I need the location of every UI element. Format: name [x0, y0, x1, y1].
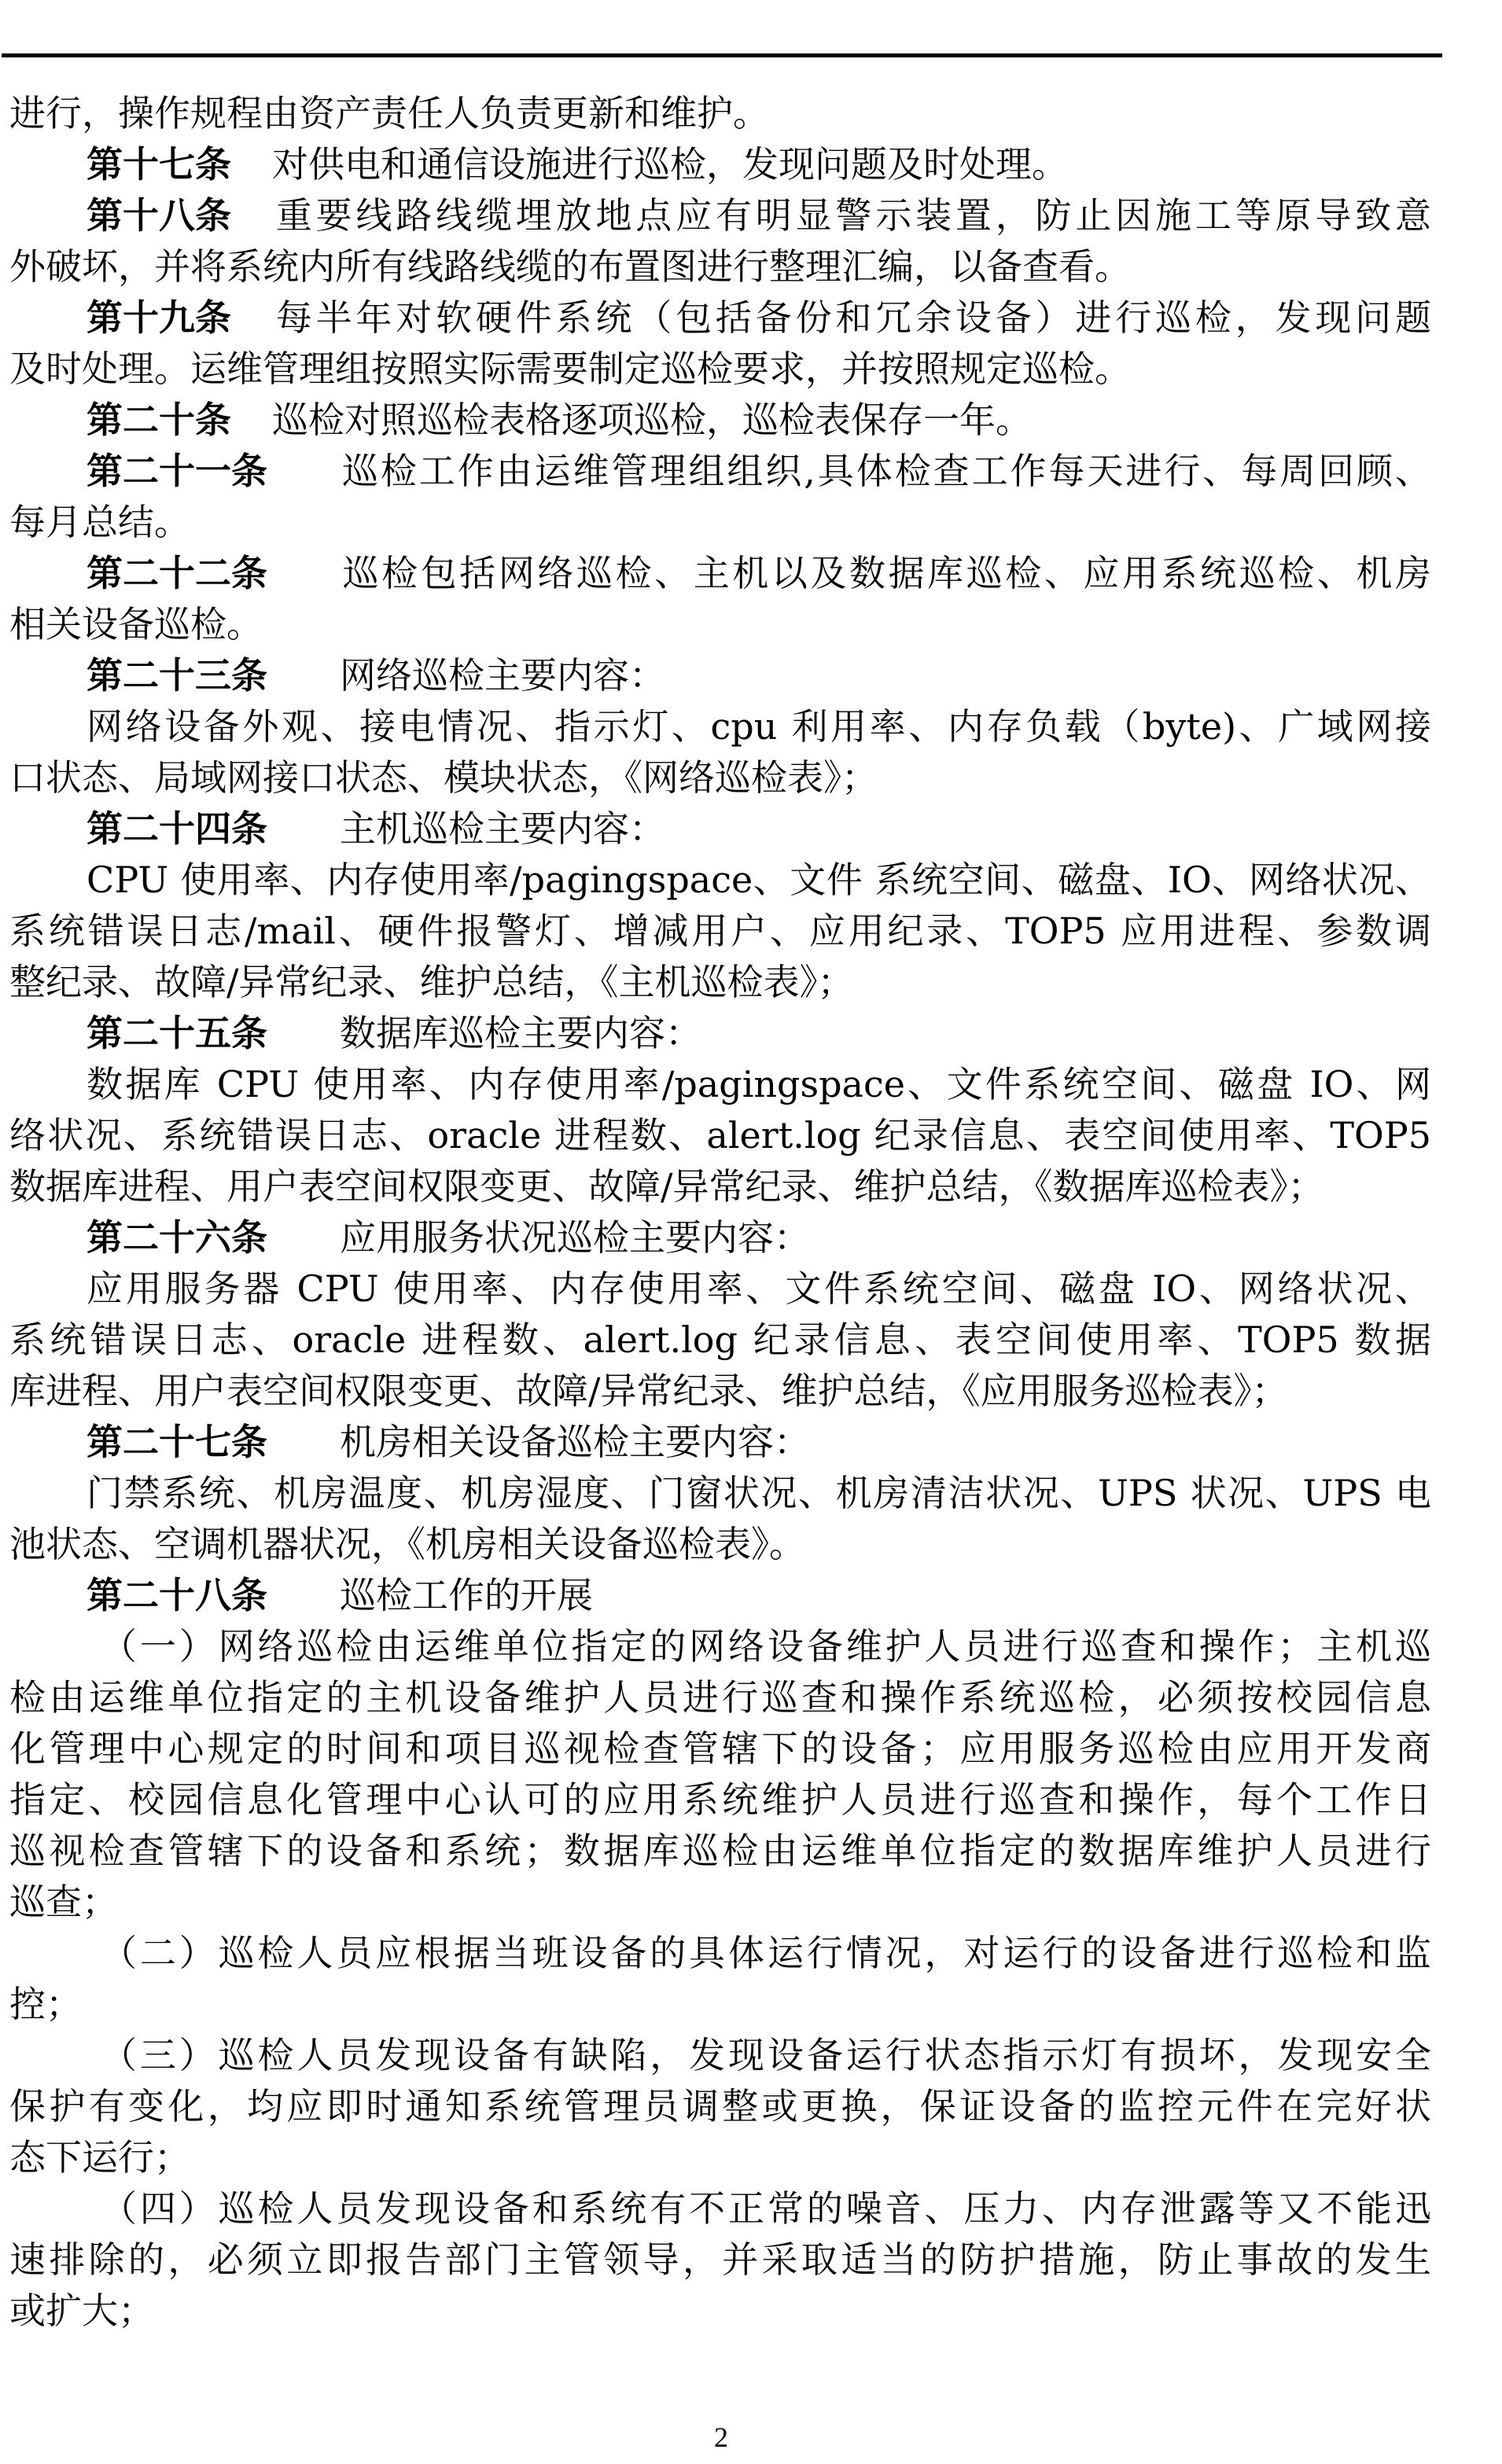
text-line: 应用服务器 CPU 使用率、内存使用率、文件系统空间、磁盘 IO、网络状况、: [87, 1263, 1431, 1315]
clause-2: （二）巡检人员应根据当班设备的具体运行情况，对运行的设备进行巡检和监: [101, 1928, 1431, 1979]
article-text: 巡检包括网络巡检、主机以及数据库巡检、应用系统巡检、机房: [340, 552, 1431, 594]
line-text: 相关设备巡检。: [9, 603, 263, 645]
line-text: 化管理中心规定的时间和项目巡视检查管辖下的设备；应用服务巡检由应用开发商: [9, 1727, 1431, 1770]
text-line: 控；: [9, 1979, 1431, 2030]
article-text: 重要线路线缆埋放地点应有明显警示装置，防止因施工等原导致意: [272, 194, 1431, 237]
line-text: 应用服务器 CPU 使用率、内存使用率、文件系统空间、磁盘 IO、网络状况、: [87, 1267, 1431, 1310]
line-text: 网络设备外观、接电情况、指示灯、cpu 利用率、内存负载（byte)、广域网接: [87, 705, 1431, 748]
article-text: 对供电和通信设施进行巡检，发现问题及时处理。: [272, 143, 1068, 186]
article-text: 数据库巡检主要内容：: [340, 1012, 701, 1054]
article-text: 巡检对照巡检表格逐项巡检，巡检表保存一年。: [272, 399, 1032, 441]
line-text: 外破坏，并将系统内所有线路线缆的布置图进行整理汇编，以备查看。: [9, 245, 1131, 288]
line-text: 巡查；: [9, 1881, 118, 1923]
line-text: 整纪录、故障/异常纪录、维护总结，《主机巡检表》；: [9, 961, 854, 1003]
article-text: 主机巡检主要内容：: [340, 807, 665, 850]
clause-3: （三）巡检人员发现设备有缺陷，发现设备运行状态指示灯有损坏，发现安全: [101, 2030, 1431, 2081]
article-23: 第二十三条网络巡检主要内容：: [87, 650, 1431, 701]
clause-1: （一）网络巡检由运维单位指定的网络设备维护人员进行巡查和操作；主机巡: [101, 1621, 1431, 1672]
article-heading: 第二十一条: [87, 446, 267, 497]
text-line: 相关设备巡检。: [9, 599, 1431, 650]
article-20: 第二十条巡检对照巡检表格逐项巡检，巡检表保存一年。: [87, 395, 1431, 446]
line-text: 保护有变化，均应即时通知系统管理员调整或更换，保证设备的监控元件在完好状: [9, 2085, 1431, 2127]
line-text: CPU 使用率、内存使用率/pagingspace、文件 系统空间、磁盘、IO、…: [87, 859, 1431, 901]
line-text: （二）巡检人员应根据当班设备的具体运行情况，对运行的设备进行巡检和监: [101, 1932, 1431, 1974]
article-heading: 第十八条: [87, 190, 231, 241]
text-line: 网络设备外观、接电情况、指示灯、cpu 利用率、内存负载（byte)、广域网接: [87, 701, 1431, 752]
text-line: 外破坏，并将系统内所有线路线缆的布置图进行整理汇编，以备查看。: [9, 241, 1431, 292]
text-line: 巡查；: [9, 1877, 1431, 1928]
line-text: 速排除的，必须立即报告部门主管领导，并采取适当的防护措施，防止事故的发生: [9, 2238, 1431, 2281]
text-line: 及时处理。运维管理组按照实际需要制定巡检要求，并按照规定巡检。: [9, 344, 1431, 395]
line-text: 系统错误日志/mail、硬件报警灯、增减用户、应用纪录、TOP5 应用进程、参数…: [9, 910, 1431, 952]
text-line: 保护有变化，均应即时通知系统管理员调整或更换，保证设备的监控元件在完好状: [9, 2081, 1431, 2132]
article-text: 网络巡检主要内容：: [340, 654, 665, 697]
article-heading: 第十七条: [87, 139, 231, 190]
line-text: 库进程、用户表空间权限变更、故障/异常纪录、维护总结，《应用服务巡检表》；: [9, 1370, 1288, 1412]
line-text: 口状态、局域网接口状态、模块状态，《网络巡检表》；: [9, 756, 878, 799]
text-line: 系统错误日志、oracle 进程数、alert.log 纪录信息、表空间使用率、…: [9, 1315, 1431, 1366]
text-line: 指定、校园信息化管理中心认可的应用系统维护人员进行巡查和操作，每个工作日: [9, 1774, 1431, 1826]
line-text: 每月总结。: [9, 501, 190, 543]
text-line: 口状态、局域网接口状态、模块状态，《网络巡检表》；: [9, 752, 1431, 804]
article-text: 巡检工作由运维管理组组织,具体检查工作每天进行、每周回顾、: [340, 450, 1431, 492]
text-line: 系统错误日志/mail、硬件报警灯、增减用户、应用纪录、TOP5 应用进程、参数…: [9, 906, 1431, 957]
article-heading: 第二十条: [87, 395, 231, 446]
article-heading: 第二十七条: [87, 1417, 267, 1468]
text-line: 态下运行；: [9, 2132, 1431, 2183]
text-line: 巡视检查管辖下的设备和系统；数据库巡检由运维单位指定的数据库维护人员进行: [9, 1826, 1431, 1877]
page-number: 2: [0, 2420, 1442, 2455]
line-text: 巡视检查管辖下的设备和系统；数据库巡检由运维单位指定的数据库维护人员进行: [9, 1830, 1431, 1872]
text-line: 数据库进程、用户表空间权限变更、故障/异常纪录、维护总结，《数据库巡检表》；: [9, 1161, 1431, 1212]
text-line: 库进程、用户表空间权限变更、故障/异常纪录、维护总结，《应用服务巡检表》；: [9, 1366, 1431, 1417]
text-line: 进行，操作规程由资产责任人负责更新和维护。: [9, 88, 1431, 139]
article-19: 第十九条每半年对软硬件系统（包括备份和冗余设备）进行巡检，发现问题: [87, 292, 1431, 344]
line-text: 数据库进程、用户表空间权限变更、故障/异常纪录、维护总结，《数据库巡检表》；: [9, 1165, 1324, 1208]
article-heading: 第二十五条: [87, 1008, 267, 1059]
text-line: 速排除的，必须立即报告部门主管领导，并采取适当的防护措施，防止事故的发生: [9, 2234, 1431, 2286]
header-rule: [2, 53, 1442, 57]
article-heading: 第二十八条: [87, 1570, 267, 1621]
line-text: 或扩大；: [9, 2289, 154, 2332]
line-text: 进行，操作规程由资产责任人负责更新和维护。: [9, 92, 769, 134]
text-line: 池状态、空调机器状况，《机房相关设备巡检表》。: [9, 1519, 1431, 1570]
article-heading: 第二十四条: [87, 804, 267, 855]
line-text: （三）巡检人员发现设备有缺陷，发现设备运行状态指示灯有损坏，发现安全: [101, 2034, 1431, 2076]
text-line: 检由运维单位指定的主机设备维护人员进行巡查和操作系统巡检，必须按校园信息: [9, 1672, 1431, 1723]
text-line: 或扩大；: [9, 2286, 1431, 2337]
line-text: 数据库 CPU 使用率、内存使用率/pagingspace、文件系统空间、磁盘 …: [87, 1063, 1431, 1105]
text-line: 络状况、系统错误日志、oracle 进程数、alert.log 纪录信息、表空间…: [9, 1110, 1431, 1161]
article-24: 第二十四条主机巡检主要内容：: [87, 804, 1431, 855]
article-22: 第二十二条巡检包括网络巡检、主机以及数据库巡检、应用系统巡检、机房: [87, 548, 1431, 599]
line-text: 检由运维单位指定的主机设备维护人员进行巡查和操作系统巡检，必须按校园信息: [9, 1676, 1431, 1719]
article-25: 第二十五条数据库巡检主要内容：: [87, 1008, 1431, 1059]
article-18: 第十八条重要线路线缆埋放地点应有明显警示装置，防止因施工等原导致意: [87, 190, 1431, 241]
line-text: （一）网络巡检由运维单位指定的网络设备维护人员进行巡查和操作；主机巡: [101, 1625, 1431, 1668]
article-heading: 第二十三条: [87, 650, 267, 701]
text-line: CPU 使用率、内存使用率/pagingspace、文件 系统空间、磁盘、IO、…: [87, 855, 1431, 906]
line-text: 系统错误日志、oracle 进程数、alert.log 纪录信息、表空间使用率、…: [9, 1318, 1431, 1361]
text-line: 化管理中心规定的时间和项目巡视检查管辖下的设备；应用服务巡检由应用开发商: [9, 1723, 1431, 1774]
line-text: 控；: [9, 1983, 82, 2025]
article-text: 应用服务状况巡检主要内容：: [340, 1216, 810, 1259]
clause-4: （四）巡检人员发现设备和系统有不正常的噪音、压力、内存泄露等又不能迅: [101, 2183, 1431, 2234]
line-text: 态下运行；: [9, 2136, 190, 2179]
line-text: 及时处理。运维管理组按照实际需要制定巡检要求，并按照规定巡检。: [9, 348, 1131, 390]
article-text: 巡检工作的开展: [340, 1574, 593, 1616]
article-17: 第十七条对供电和通信设施进行巡检，发现问题及时处理。: [87, 139, 1431, 190]
line-text: 指定、校园信息化管理中心认可的应用系统维护人员进行巡查和操作，每个工作日: [9, 1778, 1431, 1821]
line-text: 络状况、系统错误日志、oracle 进程数、alert.log 纪录信息、表空间…: [9, 1114, 1431, 1157]
text-line: 整纪录、故障/异常纪录、维护总结，《主机巡检表》；: [9, 957, 1431, 1008]
line-text: 池状态、空调机器状况，《机房相关设备巡检表》。: [9, 1523, 805, 1565]
article-26: 第二十六条应用服务状况巡检主要内容：: [87, 1212, 1431, 1263]
article-text: 每半年对软硬件系统（包括备份和冗余设备）进行巡检，发现问题: [272, 296, 1431, 339]
article-text: 机房相关设备巡检主要内容：: [340, 1421, 810, 1463]
line-text: （四）巡检人员发现设备和系统有不正常的噪音、压力、内存泄露等又不能迅: [101, 2187, 1431, 2230]
line-text: 门禁系统、机房温度、机房湿度、门窗状况、机房清洁状况、UPS 状况、UPS 电: [87, 1472, 1431, 1514]
article-28: 第二十八条巡检工作的开展: [87, 1570, 1431, 1621]
text-line: 每月总结。: [9, 497, 1431, 548]
article-heading: 第十九条: [87, 292, 231, 344]
article-heading: 第二十二条: [87, 548, 267, 599]
article-heading: 第二十六条: [87, 1212, 267, 1263]
text-line: 门禁系统、机房温度、机房湿度、门窗状况、机房清洁状况、UPS 状况、UPS 电: [87, 1468, 1431, 1519]
article-27: 第二十七条机房相关设备巡检主要内容：: [87, 1417, 1431, 1468]
text-line: 数据库 CPU 使用率、内存使用率/pagingspace、文件系统空间、磁盘 …: [87, 1059, 1431, 1110]
article-21: 第二十一条巡检工作由运维管理组组织,具体检查工作每天进行、每周回顾、: [87, 446, 1431, 497]
